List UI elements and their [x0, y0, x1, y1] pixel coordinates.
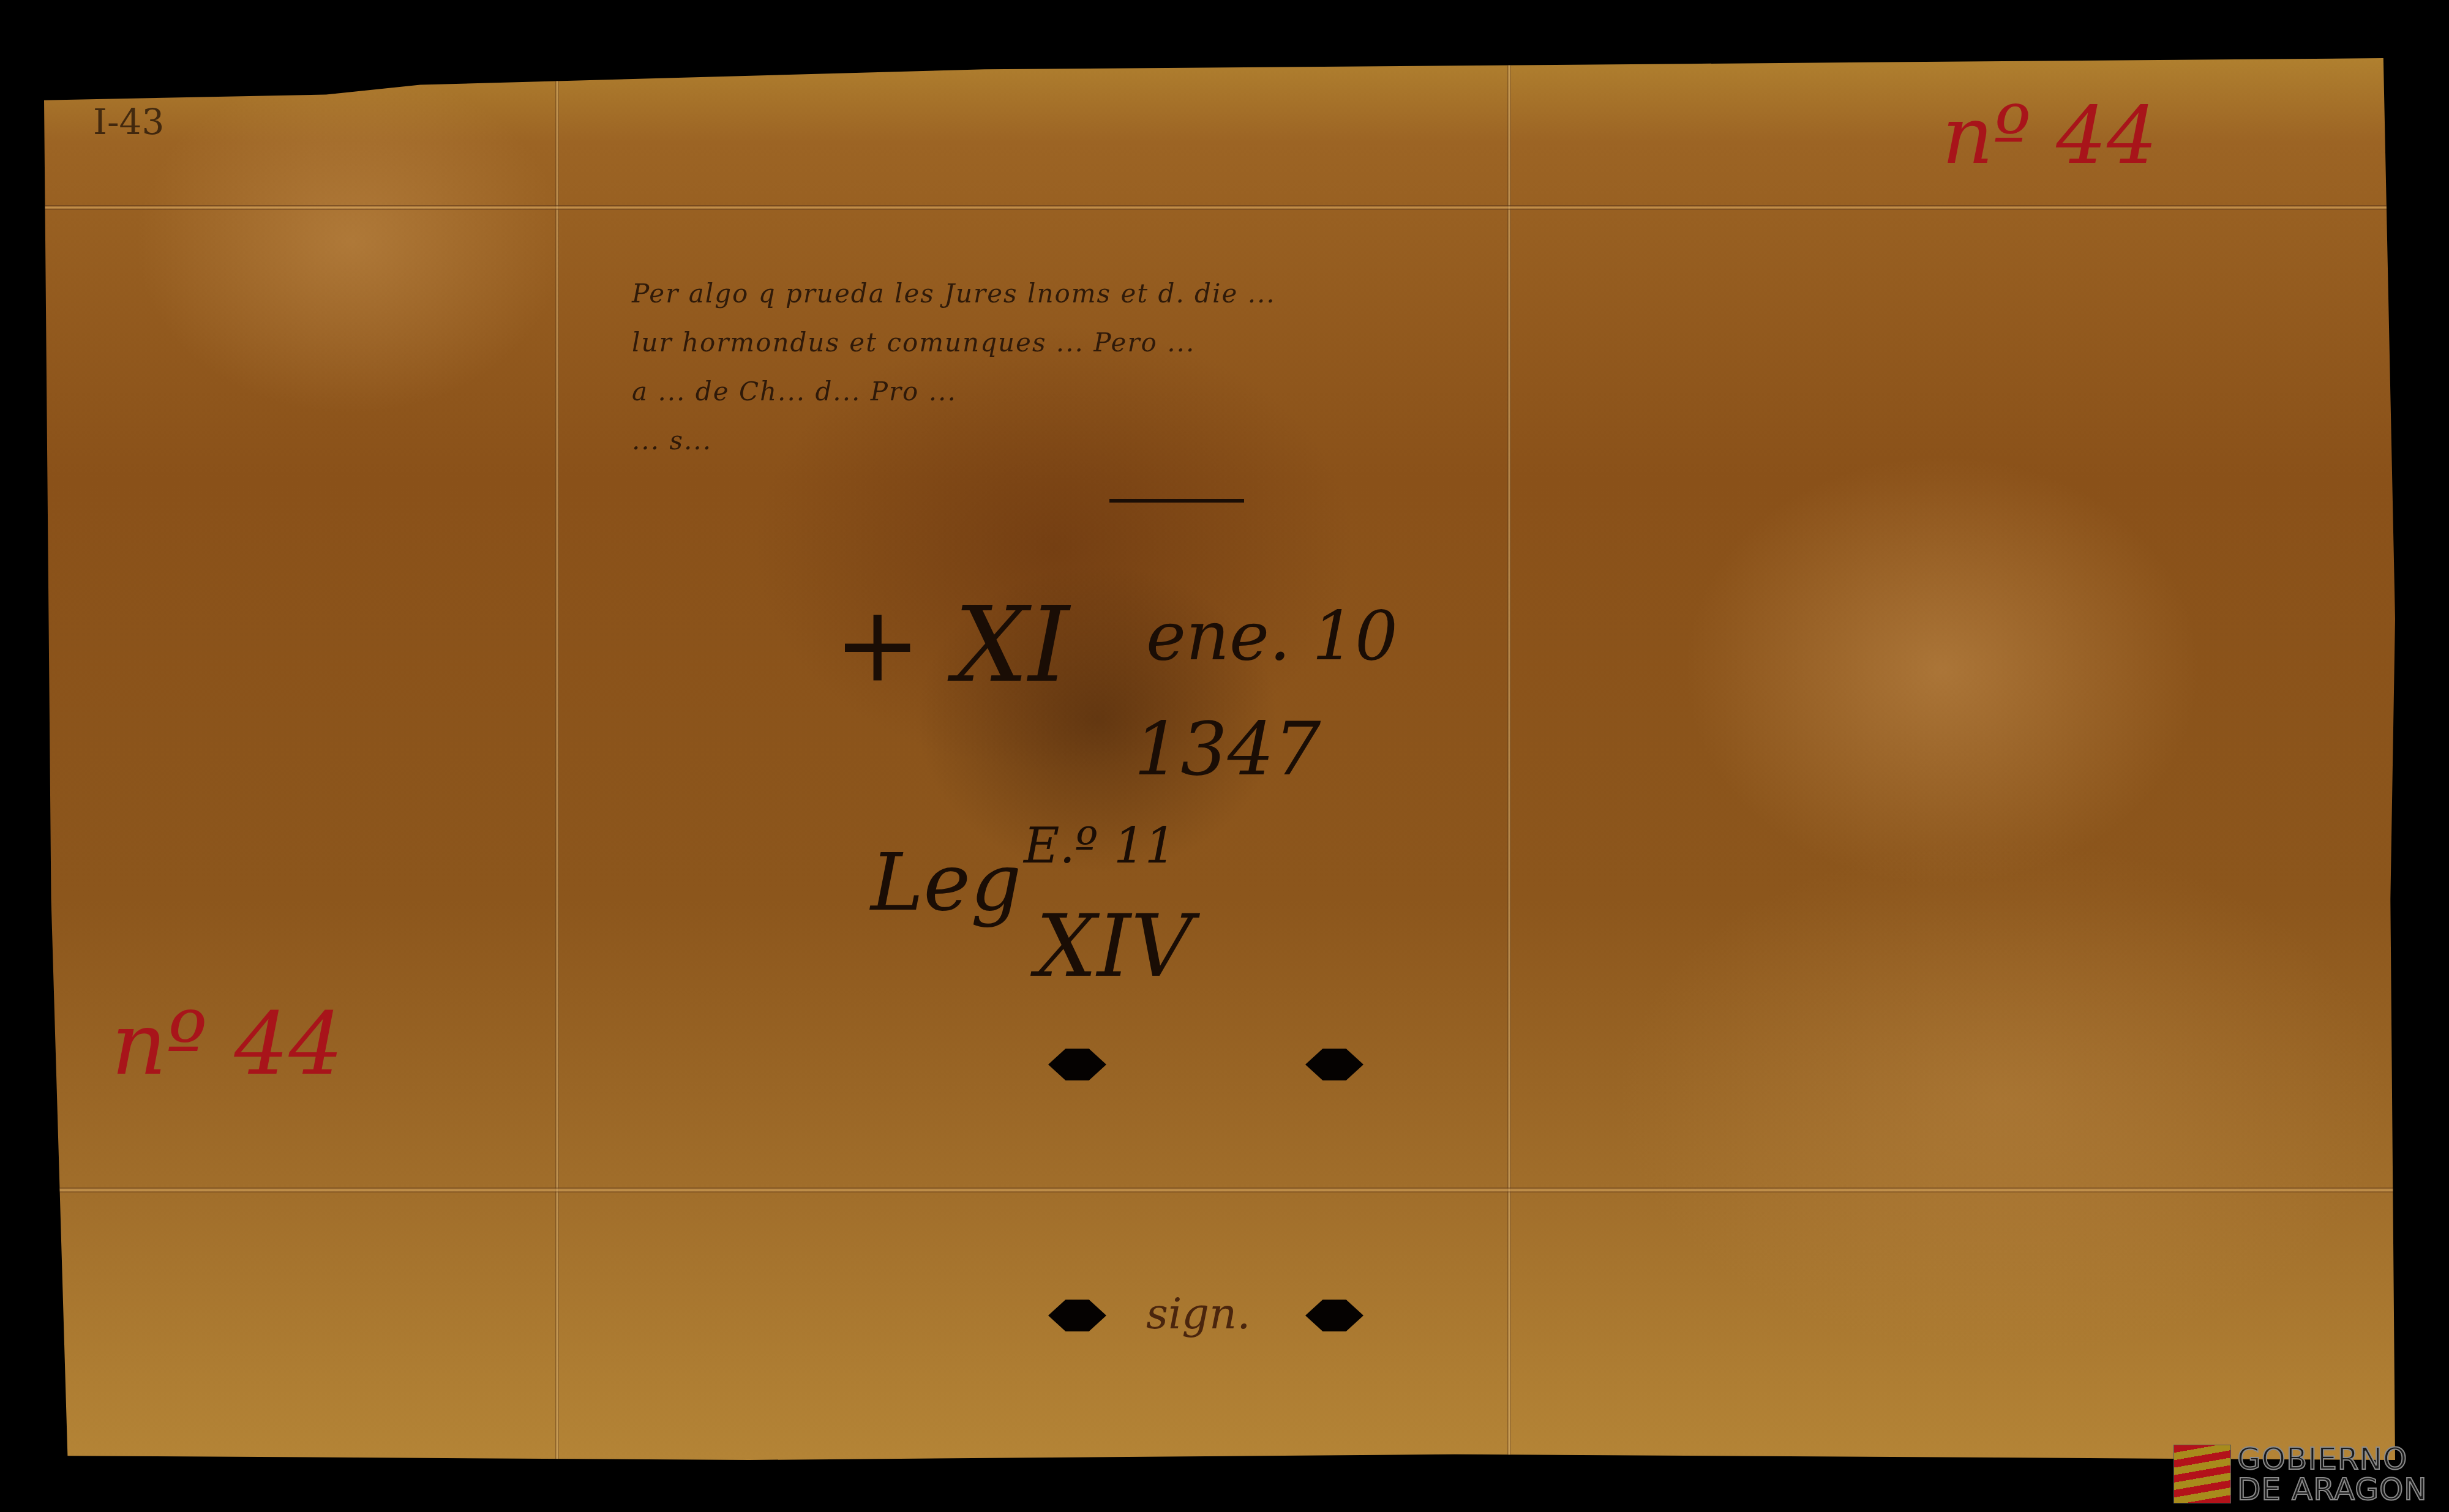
red-item-number-left: nº 44	[111, 995, 343, 1095]
aragon-flag-icon	[2173, 1445, 2231, 1503]
address-line: lur hormondus et comunques ... Pero ...	[632, 327, 1195, 357]
legajo-sup: E.º 11	[1024, 817, 1176, 874]
address-line: Per algo q prueda les Jures lnoms et d. …	[632, 279, 1276, 309]
vertical-fold	[555, 58, 559, 1460]
parchment-document: I-43 nº 44 nº 44 Per algo q prueda les J…	[44, 58, 2395, 1460]
seal-hole	[1048, 1047, 1106, 1082]
struck-text	[1109, 499, 1244, 503]
address-line: a ... de Ch... d... Pro ...	[632, 376, 957, 406]
vertical-fold	[1507, 58, 1511, 1460]
logo-text: GOBIERNO DE ARAGON	[2237, 1443, 2428, 1505]
seal-hole	[1048, 1298, 1106, 1333]
seal-hole	[1305, 1047, 1363, 1082]
legajo-numeral: XIV	[1036, 897, 1193, 997]
horizontal-fold	[44, 1188, 2395, 1192]
logo-line-2: DE ARAGON	[2237, 1474, 2428, 1505]
horizontal-fold	[44, 205, 2395, 210]
gobierno-aragon-logo: GOBIERNO DE ARAGON	[2173, 1443, 2428, 1505]
legajo-label: Leg	[871, 836, 1021, 929]
bottom-signature: sign.	[1146, 1289, 1250, 1339]
seal-hole	[1305, 1298, 1363, 1333]
red-item-number-top: nº 44	[1942, 89, 2158, 182]
date-label: ene. 10	[1146, 597, 1398, 675]
shelfmark: I-43	[93, 101, 164, 143]
logo-line-1: GOBIERNO	[2237, 1443, 2428, 1474]
archive-mark: + XI	[834, 585, 1070, 706]
year: 1347	[1134, 707, 1321, 792]
address-line: ... s...	[632, 425, 712, 455]
